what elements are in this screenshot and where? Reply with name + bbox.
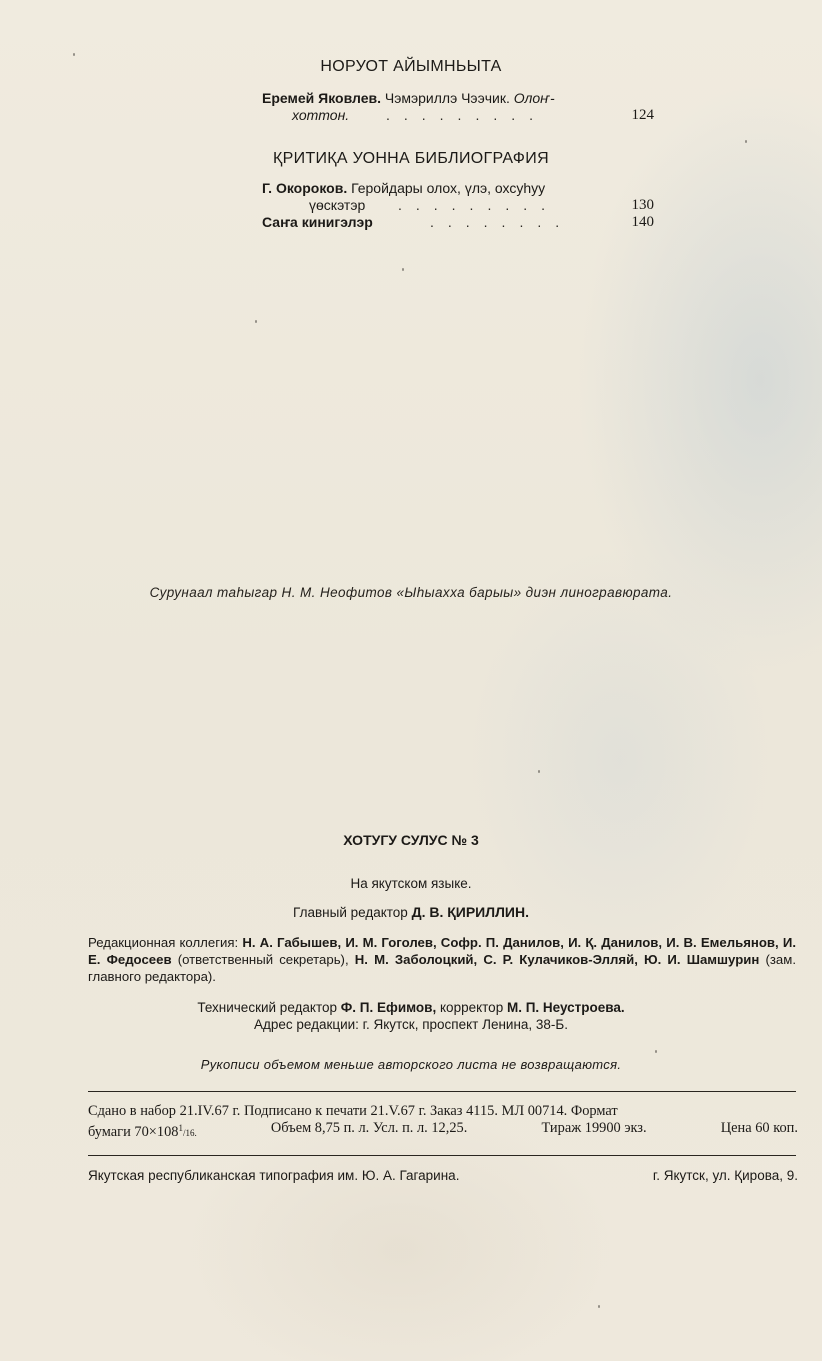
leader-dots: ......... <box>398 197 559 213</box>
toc-title-italic-cont: хоттон. <box>292 107 349 123</box>
paper-speck <box>538 770 540 773</box>
price: Цена 60 коп. <box>721 1120 798 1142</box>
toc-entry-okorokov-line2[interactable]: үөскэтэр ......... 130 <box>262 197 654 214</box>
toc-title-cont: үөскэтэр <box>309 197 365 213</box>
toc-page-number: 140 <box>632 214 655 231</box>
editorial-address: Адрес редакции: г. Якутск, проспект Лени… <box>0 1017 822 1032</box>
paper-speck <box>255 320 257 323</box>
toc-entry-new-books[interactable]: Саҥа кинигэлэр ........ 140 <box>262 214 654 231</box>
paper-speck <box>745 140 747 143</box>
cover-caption: Сурунаал таһыгар Н. М. Неофитов «Ыһыахха… <box>0 585 822 600</box>
toc-page-number: 124 <box>632 107 655 124</box>
printer-line: Якутская республиканская типография им. … <box>88 1168 798 1183</box>
print-data-line1: Сдано в набор 21.IV.67 г. Подписано к пе… <box>88 1103 798 1120</box>
board-members-cont: Н. М. Заболоцкий, С. Р. Кулачиков-Элляй,… <box>355 952 760 967</box>
toc-entry-okorokov-line1[interactable]: Г. Окороков. Геройдары олох, үлэ, охсуһу… <box>262 180 654 197</box>
corrector-label: корректор <box>440 1000 503 1015</box>
tech-editor-line: Технический редактор Ф. П. Ефимов, корре… <box>0 1000 822 1015</box>
chief-editor-label: Главный редактор <box>293 905 408 920</box>
print-data: Сдано в набор 21.IV.67 г. Подписано к пе… <box>88 1103 798 1142</box>
print-data-line2: бумаги 70×1081/16. Объем 8,75 п. л. Усл.… <box>88 1120 798 1142</box>
board-label: Редакционная коллегия: <box>88 935 238 950</box>
paper-speck <box>598 1305 600 1308</box>
language-note: На якутском языке. <box>0 876 822 891</box>
chief-editor-line: Главный редактор Д. В. ҚИРИЛЛИН. <box>0 904 822 920</box>
toc-page-number: 130 <box>632 197 655 214</box>
secretary-note: (ответственный секретарь), <box>178 952 349 967</box>
paper-speck <box>655 1050 657 1053</box>
corrector-name: М. П. Неустроева. <box>507 1000 625 1015</box>
divider-top <box>88 1091 796 1092</box>
leader-dots: ........ <box>430 214 573 230</box>
printer-address: г. Якутск, ул. Қирова, 9. <box>653 1168 798 1183</box>
paper-format-sub: /16. <box>183 1128 197 1138</box>
chief-editor-name: Д. В. ҚИРИЛЛИН. <box>412 904 529 920</box>
paper-speck <box>402 268 404 271</box>
journal-title: ХОТУГУ СУЛУС № 3 <box>0 832 822 848</box>
tech-editor-label: Технический редактор <box>197 1000 337 1015</box>
toc-title: Чэмэриллэ Чээчик. <box>385 90 510 106</box>
leader-dots: ......... <box>386 107 547 123</box>
tech-editor-name: Ф. П. Ефимов, <box>341 1000 436 1015</box>
editorial-board: Редакционная коллегия: Н. А. Габышев, И.… <box>88 934 796 985</box>
toc-title-italic: Олоҥ- <box>514 90 555 106</box>
manuscripts-note: Рукописи объемом меньше авторского листа… <box>0 1057 822 1072</box>
printer-name: Якутская республиканская типография им. … <box>88 1168 459 1183</box>
section-title-criticism: ҚРИТИҚА УОННА БИБЛИОГРАФИЯ <box>0 150 822 168</box>
section-title-fiction: НОРУОТ АЙЫМНЬЫТА <box>0 58 822 76</box>
circulation: Тираж 19900 экз. <box>542 1120 647 1142</box>
toc-author: Еремей Яковлев. <box>262 90 381 106</box>
toc-author: Г. Окороков. <box>262 180 347 196</box>
toc-title: Саҥа кинигэлэр <box>262 214 373 230</box>
toc-entry-yakovlev-line1[interactable]: Еремей Яковлев. Чэмэриллэ Чээчик. Олоҥ- <box>262 90 654 107</box>
paper-speck <box>73 53 75 56</box>
volume: Объем 8,75 п. л. Усл. п. л. 12,25. <box>271 1120 467 1142</box>
toc-title: Геройдары олох, үлэ, охсуһуу <box>351 180 545 196</box>
paper-format: бумаги 70×108 <box>88 1124 178 1140</box>
toc-entry-yakovlev-line2[interactable]: хоттон. ......... 124 <box>262 107 654 124</box>
divider-bottom <box>88 1155 796 1156</box>
